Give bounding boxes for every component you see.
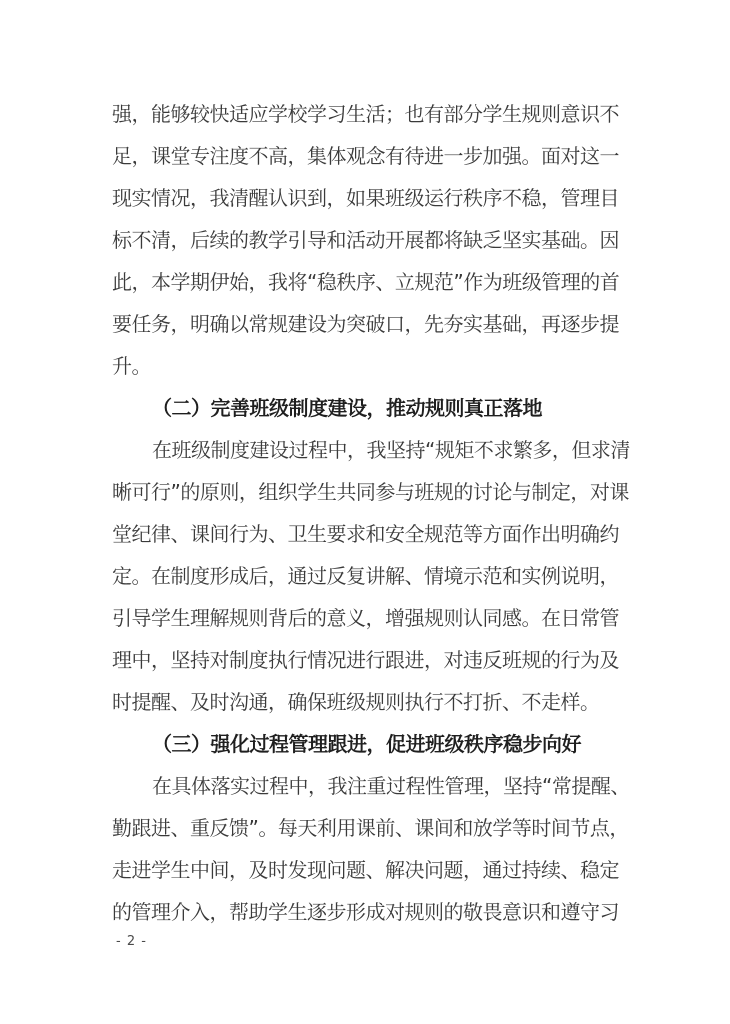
text-line: 在具体落实过程中，我注重过程性管理，坚持“常提醒、 (112, 765, 624, 807)
document-page: 强，能够较快适应学校学习生活；也有部分学生规则意识不足，课堂专注度不高，集体观念… (0, 0, 730, 1024)
text-line: 理中，坚持对制度执行情况进行跟进，对违反班规的行为及 (112, 639, 624, 681)
document-content: 强，能够较快适应学校学习生活；也有部分学生规则意识不足，课堂专注度不高，集体观念… (112, 93, 624, 933)
paragraph: 在班级制度建设过程中，我坚持“规矩不求繁多，但求清晰可行”的原则，组织学生共同参… (112, 429, 624, 723)
text-line: 足，课堂专注度不高，集体观念有待进一步加强。面对这一 (112, 135, 624, 177)
text-line: 现实情况，我清醒认识到，如果班级运行秩序不稳，管理目 (112, 177, 624, 219)
text-line: 勤跟进、重反馈”。每天利用课前、课间和放学等时间节点， (112, 807, 624, 849)
page-number: - 2 - (116, 934, 147, 949)
text-line: 在班级制度建设过程中，我坚持“规矩不求繁多，但求清 (112, 429, 624, 471)
text-line: 此，本学期伊始，我将“稳秩序、立规范”作为班级管理的首 (112, 261, 624, 303)
text-line: 标不清，后续的教学引导和活动开展都将缺乏坚实基础。因 (112, 219, 624, 261)
text-line: 定。在制度形成后，通过反复讲解、情境示范和实例说明， (112, 555, 624, 597)
text-line: 升。 (112, 345, 624, 387)
section-heading: （三）强化过程管理跟进，促进班级秩序稳步向好 (112, 723, 624, 765)
text-line: 堂纪律、课间行为、卫生要求和安全规范等方面作出明确约 (112, 513, 624, 555)
page-footer: - 2 - (116, 932, 147, 952)
text-line: 晰可行”的原则，组织学生共同参与班规的讨论与制定，对课 (112, 471, 624, 513)
paragraph: 在具体落实过程中，我注重过程性管理，坚持“常提醒、勤跟进、重反馈”。每天利用课前… (112, 765, 624, 933)
text-line: 走进学生中间，及时发现问题、解决问题，通过持续、稳定 (112, 849, 624, 891)
text-line: 引导学生理解规则背后的意义，增强规则认同感。在日常管 (112, 597, 624, 639)
text-line: 时提醒、及时沟通，确保班级规则执行不打折、不走样。 (112, 681, 624, 723)
text-line: 的管理介入，帮助学生逐步形成对规则的敬畏意识和遵守习 (112, 891, 624, 933)
text-line: 要任务，明确以常规建设为突破口，先夯实基础，再逐步提 (112, 303, 624, 345)
section-heading: （二）完善班级制度建设，推动规则真正落地 (112, 387, 624, 429)
paragraph: 强，能够较快适应学校学习生活；也有部分学生规则意识不足，课堂专注度不高，集体观念… (112, 93, 624, 387)
text-line: 强，能够较快适应学校学习生活；也有部分学生规则意识不 (112, 93, 624, 135)
